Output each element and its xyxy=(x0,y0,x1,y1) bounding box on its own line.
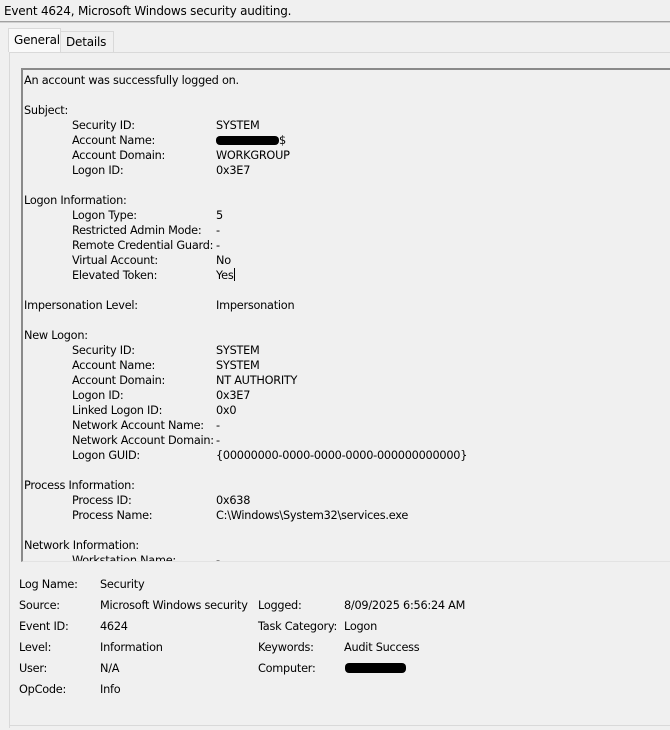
field-value: - xyxy=(216,223,220,238)
task-category-value: Logon xyxy=(344,619,377,634)
field-label: Account Domain: xyxy=(72,148,165,163)
field-label: Process Name: xyxy=(72,508,152,523)
field-value: Yes xyxy=(216,269,234,282)
field-label: Process ID: xyxy=(72,493,132,508)
field-value: - xyxy=(216,433,220,448)
new-logon-account-name-row: Account Name: SYSTEM xyxy=(24,358,524,373)
new-logon-logon-id-row: Logon ID: 0x3E7 xyxy=(24,388,524,403)
source-label: Source: xyxy=(19,598,60,613)
logon-type-row: Logon Type: 5 xyxy=(24,208,424,223)
field-label: Logon ID: xyxy=(72,163,123,178)
source-value: Microsoft Windows security xyxy=(100,598,248,613)
field-label: Network Account Name: xyxy=(72,418,204,433)
description-summary: An account was successfully logged on. xyxy=(24,73,239,88)
field-value: SYSTEM xyxy=(216,343,260,358)
subject-heading: Subject: xyxy=(24,103,68,118)
field-label: Logon Type: xyxy=(72,208,137,223)
field-label: Logon ID: xyxy=(72,388,123,403)
account-name-suffix: $ xyxy=(279,134,286,147)
panel-bottom-border xyxy=(9,725,670,726)
field-label: Account Name: xyxy=(72,133,155,148)
logged-label: Logged: xyxy=(258,598,302,613)
field-label: Account Name: xyxy=(72,358,155,373)
field-value: SYSTEM xyxy=(216,118,260,133)
field-label: Workstation Name: xyxy=(72,553,176,562)
restricted-admin-mode-row: Restricted Admin Mode: - xyxy=(24,223,424,238)
logon-guid-row: Logon GUID: {00000000-0000-0000-0000-000… xyxy=(24,448,524,463)
field-value: 0x3E7 xyxy=(216,388,250,403)
opcode-value: Info xyxy=(100,682,120,697)
subject-security-id-row: Security ID: SYSTEM xyxy=(24,118,424,133)
level-value: Information xyxy=(100,640,163,655)
field-value-redacted: $ xyxy=(216,133,286,148)
logon-information-heading: Logon Information: xyxy=(24,193,127,208)
field-value: {00000000-0000-0000-0000-000000000000} xyxy=(216,448,467,463)
subject-account-name-row: Account Name: $ xyxy=(24,133,424,148)
field-label: Restricted Admin Mode: xyxy=(72,223,201,238)
tab-details[interactable]: Details xyxy=(61,31,114,52)
text-caret xyxy=(234,268,235,281)
keywords-value: Audit Success xyxy=(344,640,419,655)
log-name-value: Security xyxy=(100,577,144,592)
computer-label: Computer: xyxy=(258,661,316,676)
impersonation-level-row: Impersonation Level: Impersonation xyxy=(24,298,424,313)
workstation-name-row: Workstation Name: - xyxy=(24,553,524,562)
level-label: Level: xyxy=(19,640,51,655)
field-value-with-caret: Yes xyxy=(216,268,235,283)
field-value: NT AUTHORITY xyxy=(216,373,297,388)
field-label: Security ID: xyxy=(72,343,135,358)
task-category-label: Task Category: xyxy=(258,619,337,634)
logged-value: 8/09/2025 6:56:24 AM xyxy=(344,598,465,613)
field-value: WORKGROUP xyxy=(216,148,290,163)
remote-credential-guard-row: Remote Credential Guard: - xyxy=(24,238,424,253)
elevated-token-row: Elevated Token: Yes xyxy=(24,268,424,283)
field-label: Linked Logon ID: xyxy=(72,403,162,418)
field-value: - xyxy=(216,238,220,253)
field-label: Virtual Account: xyxy=(72,253,158,268)
field-value: 5 xyxy=(216,208,223,223)
field-label: Impersonation Level: xyxy=(24,299,138,312)
linked-logon-id-row: Linked Logon ID: 0x0 xyxy=(24,403,524,418)
process-information-heading: Process Information: xyxy=(24,478,135,493)
subject-logon-id-row: Logon ID: 0x3E7 xyxy=(24,163,424,178)
field-label: Account Domain: xyxy=(72,373,165,388)
opcode-label: OpCode: xyxy=(19,682,66,697)
subject-account-domain-row: Account Domain: WORKGROUP xyxy=(24,148,424,163)
event-description-textbox[interactable]: An account was successfully logged on. S… xyxy=(21,68,670,562)
window-title: Event 4624, Microsoft Windows security a… xyxy=(0,0,670,22)
event-id-label: Event ID: xyxy=(19,619,69,634)
field-value: 0x638 xyxy=(216,493,250,508)
field-value: 0x3E7 xyxy=(216,163,250,178)
network-account-name-row: Network Account Name: - xyxy=(24,418,524,433)
field-label: Elevated Token: xyxy=(72,268,157,283)
new-logon-account-domain-row: Account Domain: NT AUTHORITY xyxy=(24,373,524,388)
new-logon-heading: New Logon: xyxy=(24,328,88,343)
network-account-domain-row: Network Account Domain: - xyxy=(24,433,524,448)
field-label: Logon GUID: xyxy=(72,448,140,463)
field-label: Network Account Domain: xyxy=(72,433,214,448)
field-value: No xyxy=(216,253,231,268)
redaction-mark xyxy=(345,663,406,673)
field-value: C:\Windows\System32\services.exe xyxy=(216,508,408,523)
field-value: Impersonation xyxy=(216,298,294,313)
tab-general[interactable]: General xyxy=(8,28,61,52)
field-label: Remote Credential Guard: xyxy=(72,238,213,253)
field-value: - xyxy=(216,418,220,433)
computer-value-redacted xyxy=(345,661,406,676)
log-name-label: Log Name: xyxy=(19,577,78,592)
user-label: User: xyxy=(19,661,47,676)
field-value: SYSTEM xyxy=(216,358,260,373)
new-logon-security-id-row: Security ID: SYSTEM xyxy=(24,343,524,358)
field-value: 0x0 xyxy=(216,403,236,418)
user-value: N/A xyxy=(100,661,119,676)
keywords-label: Keywords: xyxy=(258,640,314,655)
field-label: Security ID: xyxy=(72,118,135,133)
process-id-row: Process ID: 0x638 xyxy=(24,493,524,508)
virtual-account-row: Virtual Account: No xyxy=(24,253,424,268)
process-name-row: Process Name: C:\Windows\System32\servic… xyxy=(24,508,524,523)
network-information-heading: Network Information: xyxy=(24,538,139,553)
field-value: - xyxy=(216,553,220,562)
event-id-value: 4624 xyxy=(100,619,128,634)
redaction-mark xyxy=(216,136,279,145)
